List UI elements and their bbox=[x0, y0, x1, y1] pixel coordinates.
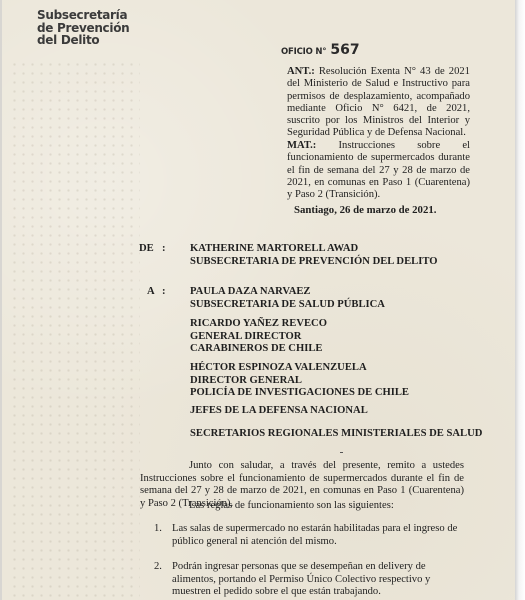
page-edge-shadow bbox=[515, 0, 525, 600]
rules-intro: Las reglas de funcionamiento son las sig… bbox=[140, 500, 464, 513]
from-colon: : bbox=[162, 243, 166, 254]
antecedent-block: ANT.: Resolución Exenta N° 43 de 2021 de… bbox=[287, 66, 470, 140]
recipient-name: SECRETARIOS REGIONALES MINISTERIALES DE … bbox=[190, 428, 482, 441]
from-label: DE bbox=[139, 243, 154, 254]
ant-label: ANT.: bbox=[287, 66, 315, 77]
recipient-title: SUBSECRETARIA DE SALUD PÚBLICA bbox=[190, 299, 385, 312]
recipient-title: GENERAL DIRECTOR bbox=[190, 331, 327, 344]
rule-text: Podrán ingresar personas que se desempeñ… bbox=[172, 561, 464, 599]
sender-name: KATHERINE MARTORELL AWAD bbox=[190, 243, 437, 256]
oficio-number: OFICIO N°567 bbox=[281, 39, 360, 58]
recipient-name: PAULA DAZA NARVAEZ bbox=[190, 286, 385, 299]
oficio-value: 567 bbox=[330, 42, 359, 58]
org-line: Subsecretaría bbox=[37, 9, 129, 22]
mat-label: MAT.: bbox=[287, 140, 316, 151]
sender-title: SUBSECRETARIA DE PREVENCIÓN DEL DELITO bbox=[190, 256, 437, 269]
rule-number: 1. bbox=[154, 523, 162, 536]
recipient-name: JEFES DE LA DEFENSA NACIONAL bbox=[190, 405, 368, 418]
org-line: del Delito bbox=[37, 34, 129, 47]
rule-text: Las salas de supermercado no estarán hab… bbox=[172, 523, 464, 548]
ant-text: Resolución Exenta N° 43 de 2021 del Mini… bbox=[287, 66, 470, 138]
recipient-institution: CARABINEROS DE CHILE bbox=[190, 343, 327, 356]
recipient-block: HÉCTOR ESPINOZA VALENZUELA DIRECTOR GENE… bbox=[190, 362, 409, 400]
rule-item: 1. Las salas de supermercado no estarán … bbox=[154, 523, 464, 548]
recipient-block: RICARDO YAÑEZ REVECO GENERAL DIRECTOR CA… bbox=[190, 318, 327, 356]
sender-block: KATHERINE MARTORELL AWAD SUBSECRETARIA D… bbox=[190, 243, 437, 268]
to-colon: : bbox=[162, 286, 166, 297]
rule-item: 2. Podrán ingresar personas que se desem… bbox=[154, 561, 464, 599]
recipient-title: DIRECTOR GENERAL bbox=[190, 375, 409, 388]
recipient-block: SECRETARIOS REGIONALES MINISTERIALES DE … bbox=[190, 428, 482, 441]
organization-logo-text: Subsecretaría de Prevención del Delito bbox=[37, 9, 129, 47]
recipient-block: JEFES DE LA DEFENSA NACIONAL bbox=[190, 405, 368, 418]
paper-texture bbox=[10, 60, 140, 600]
recipient-block: PAULA DAZA NARVAEZ SUBSECRETARIA DE SALU… bbox=[190, 286, 385, 311]
recipient-name: HÉCTOR ESPINOZA VALENZUELA bbox=[190, 362, 409, 375]
recipient-institution: POLICÍA DE INVESTIGACIONES DE CHILE bbox=[190, 387, 409, 400]
document-page: Subsecretaría de Prevención del Delito O… bbox=[0, 0, 515, 600]
rule-number: 2. bbox=[154, 561, 162, 574]
document-date: Santiago, 26 de marzo de 2021. bbox=[294, 204, 436, 216]
to-label: A bbox=[147, 286, 155, 297]
scan-speck bbox=[340, 452, 343, 453]
recipient-name: RICARDO YAÑEZ REVECO bbox=[190, 318, 327, 331]
subject-block: MAT.: Instrucciones sobre el funcionamie… bbox=[287, 140, 470, 201]
oficio-label: OFICIO N° bbox=[281, 47, 326, 57]
